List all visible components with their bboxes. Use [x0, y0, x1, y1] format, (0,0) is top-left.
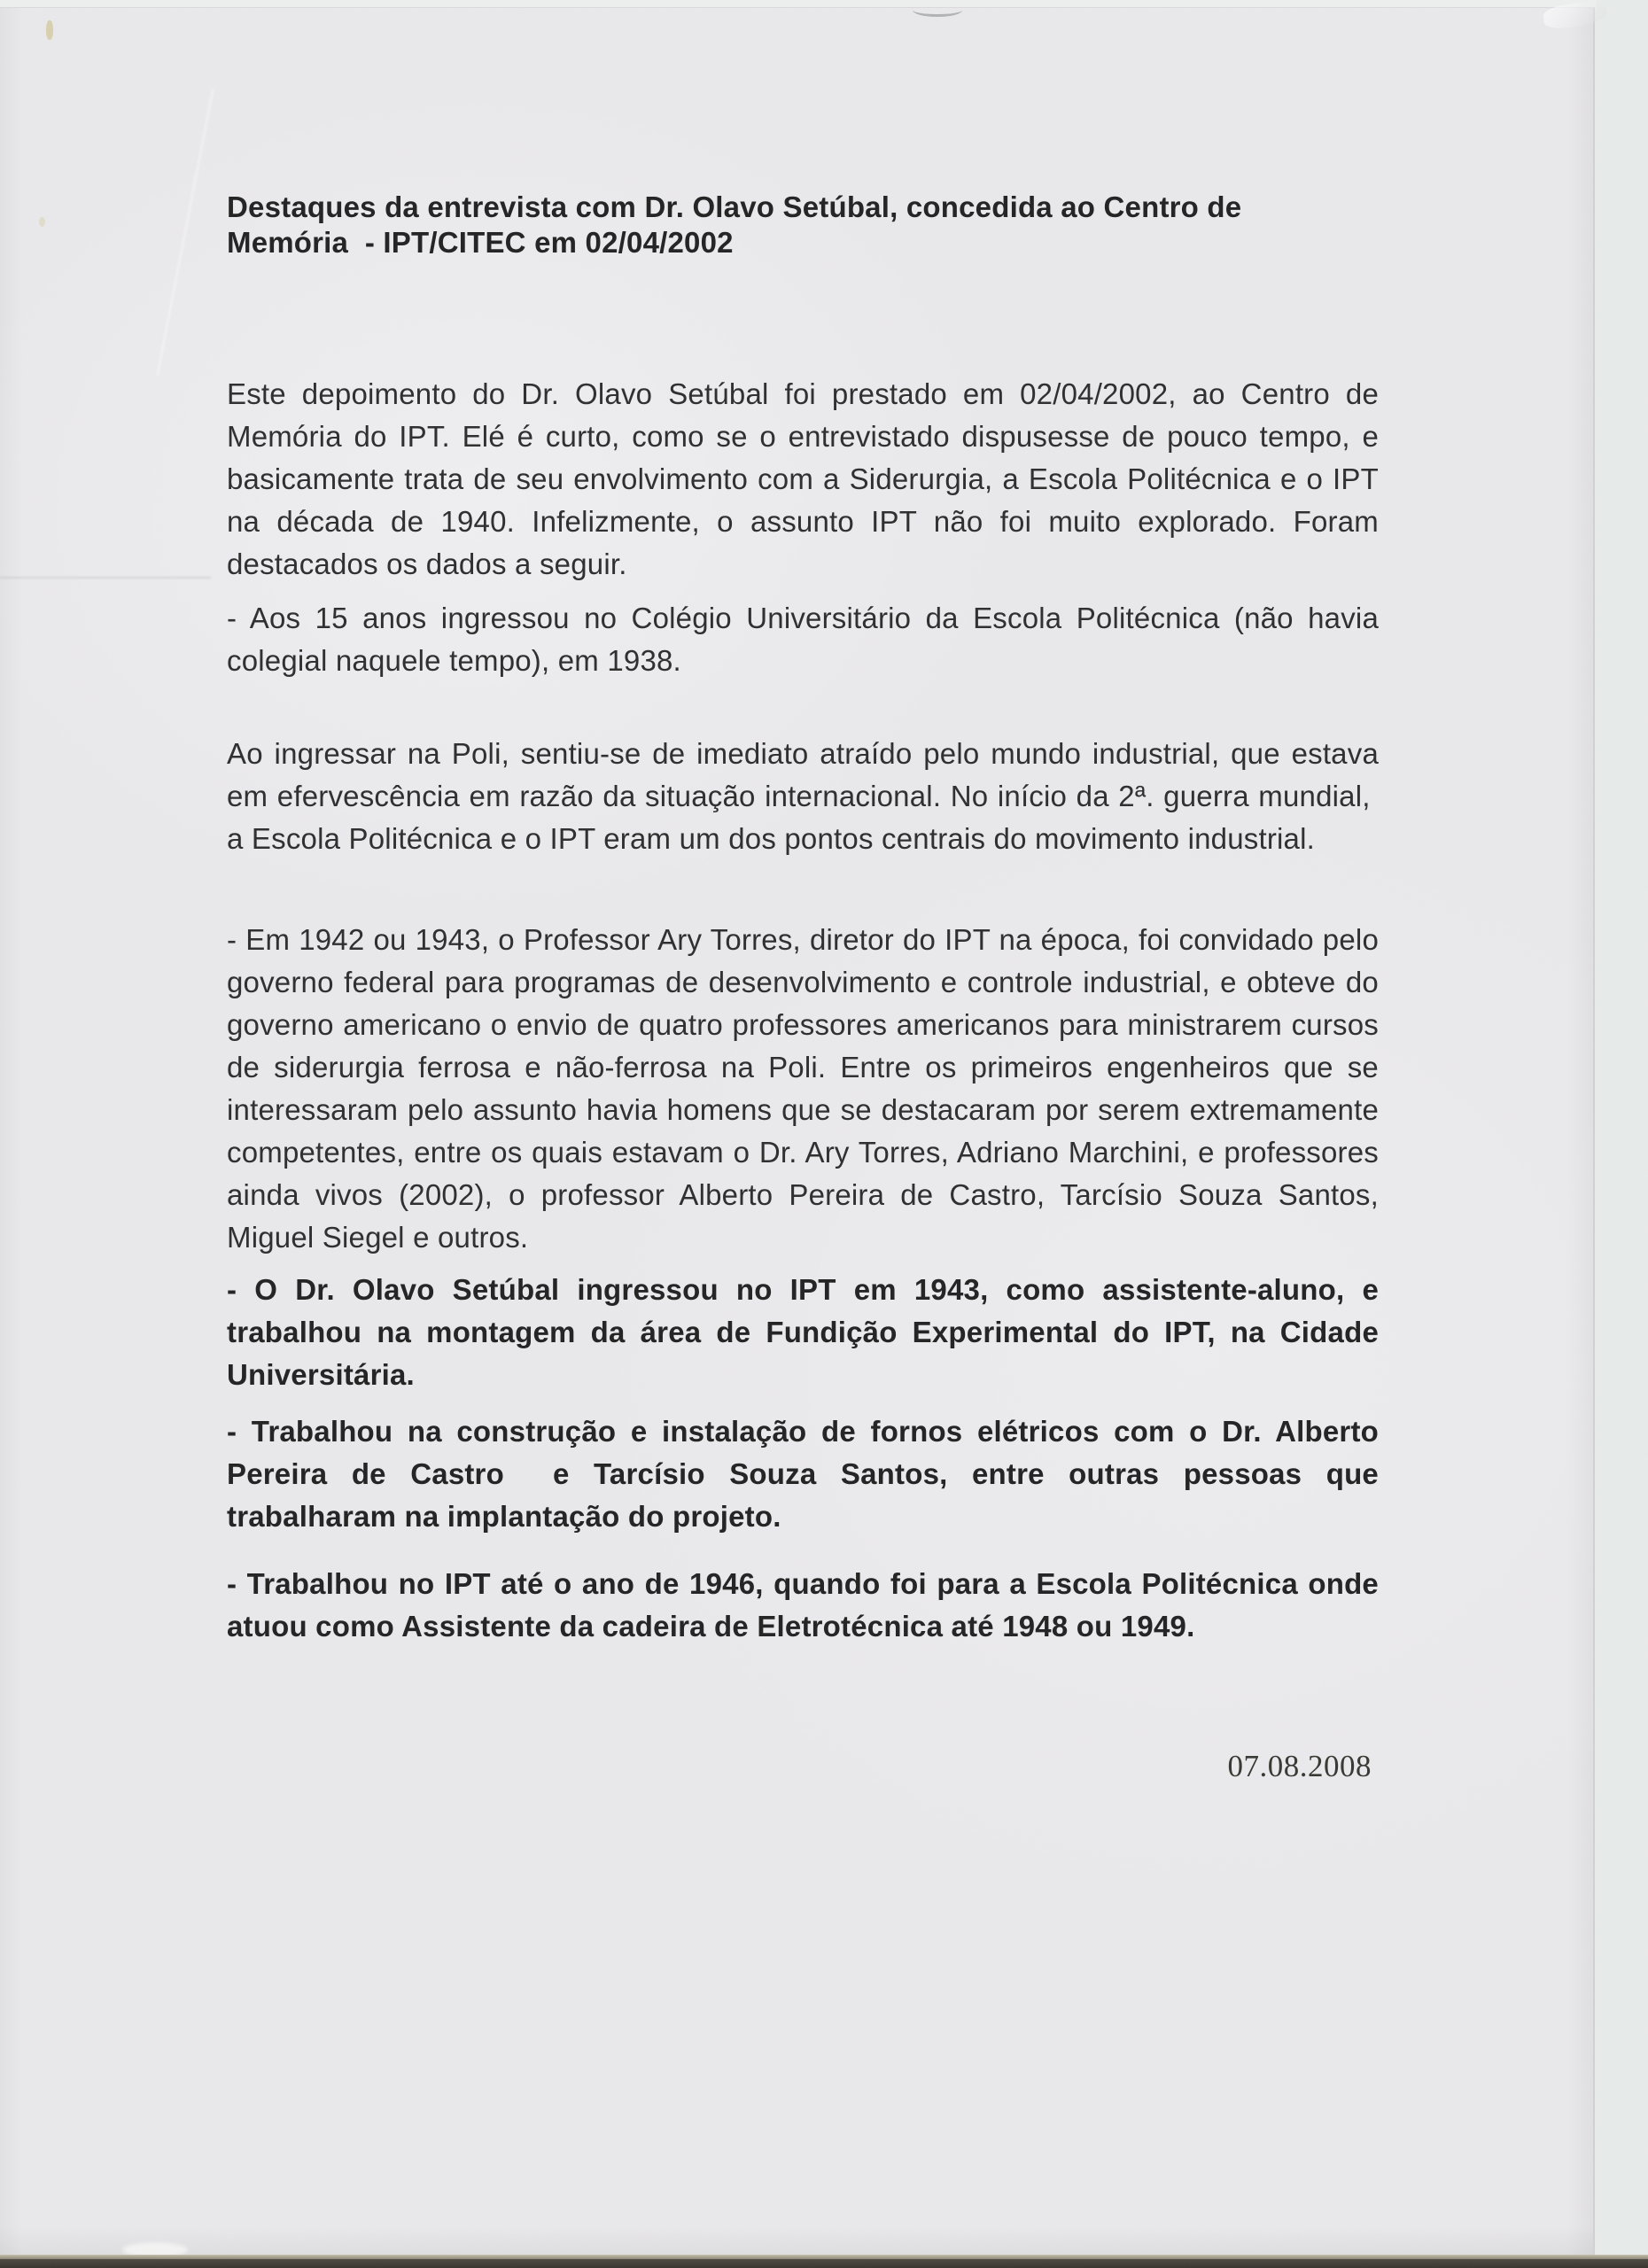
- paragraph-intro: Este depoimento do Dr. Olavo Setúbal foi…: [227, 373, 1379, 586]
- paragraph-highlight-ingresso-ipt: - O Dr. Olavo Setúbal ingressou no IPT e…: [227, 1269, 1379, 1396]
- paragraph-ary-torres: - Em 1942 ou 1943, o Professor Ary Torre…: [227, 919, 1379, 1259]
- paper-curl-artifact: [913, 3, 962, 17]
- scanned-document-page: Destaques da entrevista com Dr. Olavo Se…: [0, 0, 1648, 2268]
- paragraph-highlight-escola-politecnica: - Trabalhou no IPT até o ano de 1946, qu…: [227, 1563, 1379, 1648]
- paper-crease: [0, 577, 211, 579]
- paper-speck: [46, 20, 53, 40]
- scanner-bed-right-strip: [1597, 0, 1648, 2257]
- paper-speck: [39, 217, 45, 227]
- paragraph-highlight-fornos-eletricos: - Trabalhou na construção e instalação d…: [227, 1410, 1379, 1538]
- document-title: Destaques da entrevista com Dr. Olavo Se…: [227, 190, 1379, 260]
- paper-crease: [157, 89, 214, 376]
- scan-bottom-dark-strip: [0, 2259, 1648, 2268]
- paragraph-colegio-1938: - Aos 15 anos ingressou no Colégio Unive…: [227, 597, 1379, 682]
- date-stamp: 07.08.2008: [227, 1745, 1379, 1788]
- paragraph-ingresso-poli: Ao ingressar na Poli, sentiu-se de imedi…: [227, 733, 1379, 860]
